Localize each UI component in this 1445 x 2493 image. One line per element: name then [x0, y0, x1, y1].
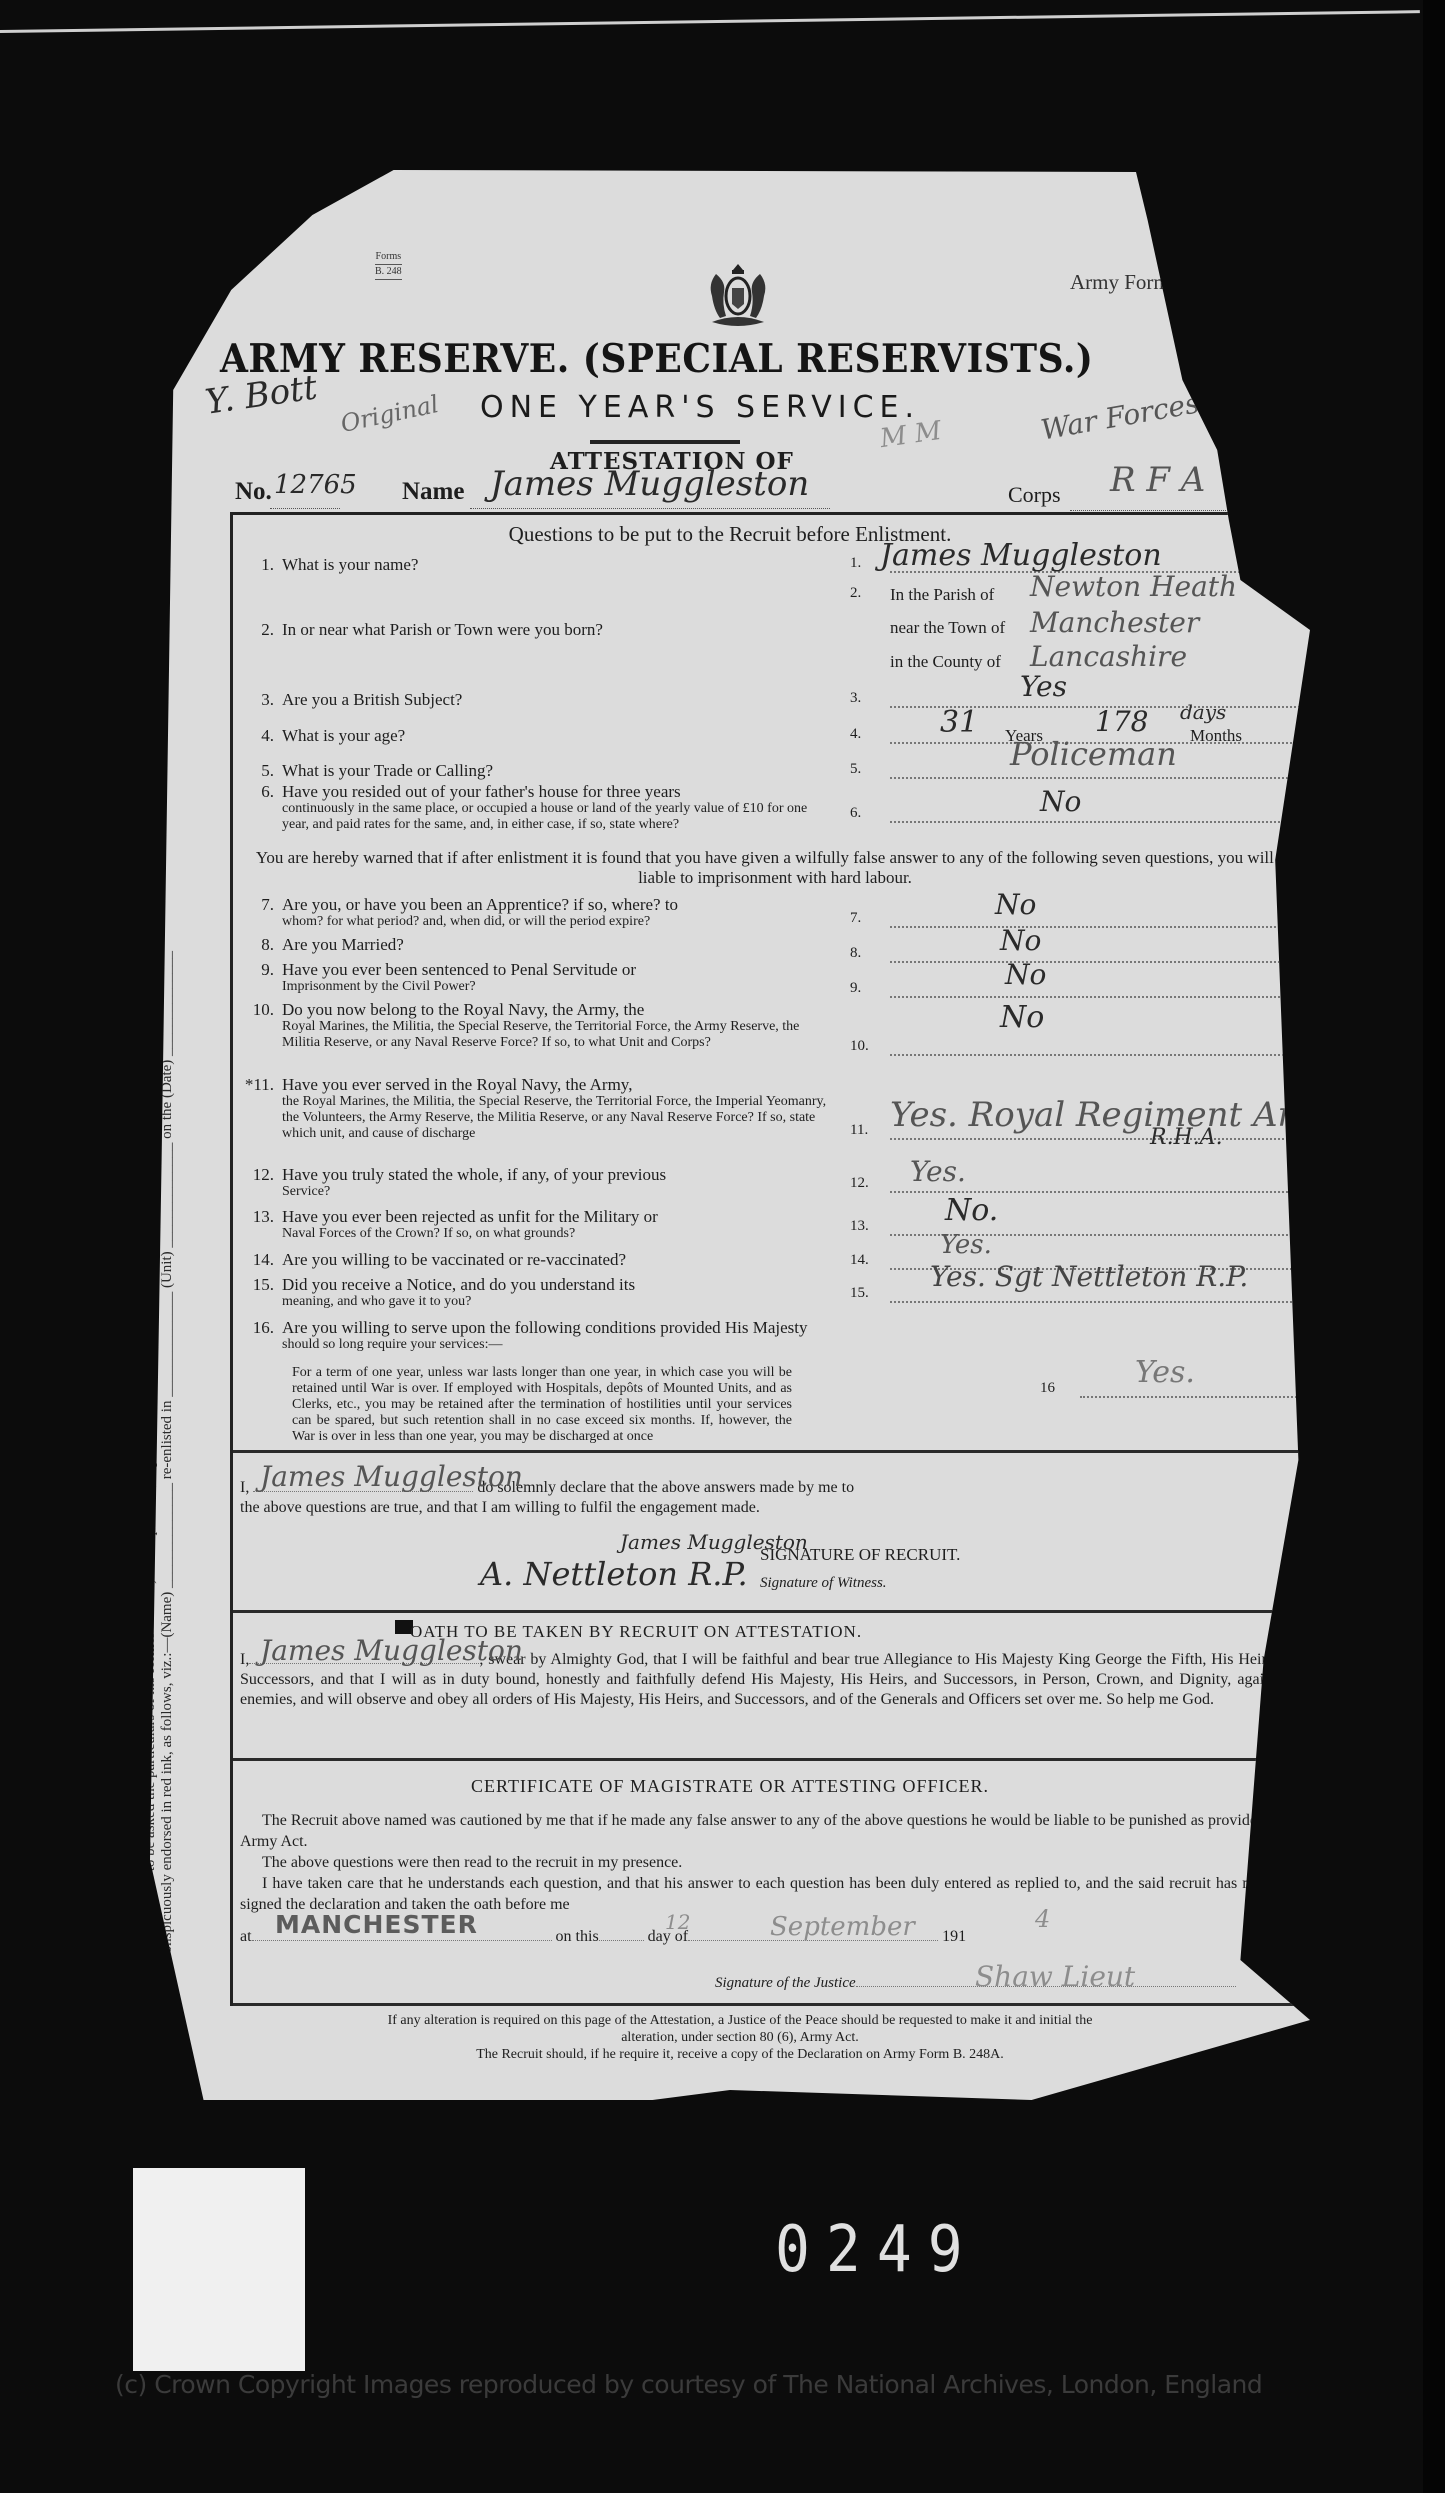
- regimental-number: 12765: [274, 470, 357, 500]
- royal-crest-icon: [698, 260, 778, 330]
- question-7: 7.Are you, or have you been an Apprentic…: [242, 895, 832, 930]
- answer-16-value: Yes.: [1135, 1355, 1195, 1390]
- answer-8: 8.: [850, 945, 1300, 967]
- answer-4-days-note: days: [1180, 700, 1226, 724]
- answer-9: 9.: [850, 980, 1300, 1002]
- section-divider: [230, 1450, 1320, 1453]
- answer-2-county-value: Lancashire: [1030, 640, 1187, 673]
- question-10: 10.Do you now belong to the Royal Navy, …: [242, 1000, 832, 1051]
- answer-15-value: Yes. Sgt Nettleton R.P.: [930, 1260, 1248, 1293]
- form-subtitle: ONE YEAR'S SERVICE.: [480, 390, 920, 425]
- witness-signature: A. Nettleton R.P.: [480, 1555, 748, 1593]
- army-form-label: Army Form B: [1070, 270, 1189, 295]
- answer-7: 7.: [850, 910, 1300, 932]
- question-12: 12.Have you truly stated the whole, if a…: [242, 1165, 832, 1200]
- answer-6-value: No: [1040, 785, 1081, 818]
- question-16-conditions: For a term of one year, unless war lasts…: [292, 1365, 792, 1445]
- answer-7-value: No: [995, 888, 1036, 921]
- answer-1-value: James Muggleston: [880, 538, 1162, 573]
- oath-name: James Muggleston: [260, 1634, 523, 1667]
- answer-2-town-value: Manchester: [1030, 606, 1199, 639]
- answer-5-value: Policeman: [1010, 735, 1177, 773]
- film-target-card: [133, 2168, 305, 2371]
- question-4: 4.What is your age?: [242, 726, 832, 745]
- question-6: 6.Have you resided out of your father's …: [242, 782, 832, 833]
- question-8: 8.Are you Married?: [242, 935, 832, 954]
- number-label: No.: [235, 478, 272, 506]
- box-right-border: [1317, 512, 1320, 2006]
- corps-label: Corps: [1008, 482, 1061, 508]
- question-9: 9.Have you ever been sentenced to Penal …: [242, 960, 832, 995]
- side-note-line-2: conspicuously endorsed in red ink, as fo…: [159, 360, 176, 1960]
- answer-12-value: Yes.: [910, 1155, 966, 1188]
- attestation-year-suffix: 4: [1035, 1905, 1050, 1933]
- answer-11-value: Yes. Royal Regiment Artillery: [890, 1095, 1396, 1135]
- witness-signature-label: Signature of Witness.: [760, 1575, 887, 1592]
- attestation-document: The Recruit is to be asked the particula…: [150, 160, 1310, 2100]
- certificate-text: The Recruit above named was cautioned by…: [240, 1810, 1305, 1915]
- place-stamp-manchester: MANCHESTER: [275, 1910, 478, 1939]
- recruit-signature-label: SIGNATURE OF RECRUIT.: [760, 1545, 960, 1565]
- answer-10: 10.: [850, 1038, 1300, 1060]
- answer-13: 13.: [850, 1218, 1300, 1240]
- declaration-name: James Muggleston: [260, 1460, 523, 1493]
- section-divider: [230, 2003, 1320, 2006]
- forms-stamp: Forms B. 248: [375, 250, 402, 280]
- question-15: 15.Did you receive a Notice, and do you …: [242, 1275, 832, 1310]
- justice-signature: Shaw Lieut: [975, 1960, 1135, 1993]
- name-label: Name: [402, 478, 464, 506]
- section-divider: [230, 1610, 1320, 1613]
- answer-3-value: Yes: [1020, 670, 1067, 703]
- attestation-month: September: [770, 1912, 915, 1942]
- question-1: 1.What is your name?: [242, 555, 832, 574]
- question-5: 5.What is your Trade or Calling?: [242, 761, 832, 780]
- false-answer-warning: You are hereby warned that if after enli…: [240, 848, 1310, 888]
- answer-3: 3.: [850, 690, 1300, 712]
- recruit-name: James Muggleston: [490, 464, 809, 504]
- question-2: 2.In or near what Parish or Town were yo…: [242, 620, 832, 639]
- question-11: *11.Have you ever served in the Royal Na…: [242, 1075, 832, 1142]
- certificate-heading: CERTIFICATE OF MAGISTRATE OR ATTESTING O…: [150, 1776, 1310, 1797]
- margin-note-original: Original: [338, 390, 441, 438]
- answer-2-parish-value: Newton Heath: [1030, 570, 1237, 603]
- title-divider: [590, 440, 740, 444]
- frame-number: 0249: [775, 2212, 979, 2287]
- question-3: 3.Are you a British Subject?: [242, 690, 832, 709]
- section-divider: [230, 1758, 1320, 1761]
- box-left-border: [230, 512, 233, 2006]
- answer-4-years: 31: [940, 705, 978, 740]
- answer-13-value: No.: [945, 1193, 998, 1228]
- corps-underline: [1070, 510, 1370, 511]
- side-margin-instructions: The Recruit is to be asked the particula…: [142, 360, 176, 1960]
- answer-10-value: No: [1000, 1000, 1044, 1035]
- copyright-notice: (c) Crown Copyright Images reproduced by…: [115, 2370, 1262, 2399]
- margin-note-war-forces: War Forces: [1038, 386, 1201, 446]
- attestation-day: 12: [665, 1910, 690, 1934]
- form-title: ARMY RESERVE. (SPECIAL RESERVISTS.): [220, 336, 1300, 381]
- question-13: 13.Have you ever been rejected as unfit …: [242, 1207, 832, 1242]
- answer-8-value: No: [1000, 924, 1041, 957]
- number-underline: [270, 508, 340, 509]
- answer-4-days: 178: [1095, 705, 1148, 738]
- question-16: 16.Are you willing to serve upon the fol…: [242, 1318, 1142, 1353]
- film-margin: [1423, 0, 1445, 2493]
- answer-9-value: No: [1005, 958, 1046, 991]
- question-14: 14.Are you willing to be vaccinated or r…: [242, 1250, 832, 1269]
- alteration-footnote: If any alteration is required on this pa…: [210, 2012, 1270, 2063]
- answer-14-value: Yes.: [940, 1230, 992, 1260]
- side-note-line-1: The Recruit is to be asked the particula…: [142, 360, 159, 1960]
- corps-value: R F A: [1110, 460, 1205, 500]
- name-underline: [470, 508, 830, 509]
- film-edge-line: [0, 10, 1420, 33]
- answer-11-note: R.H.A.: [1150, 1125, 1223, 1150]
